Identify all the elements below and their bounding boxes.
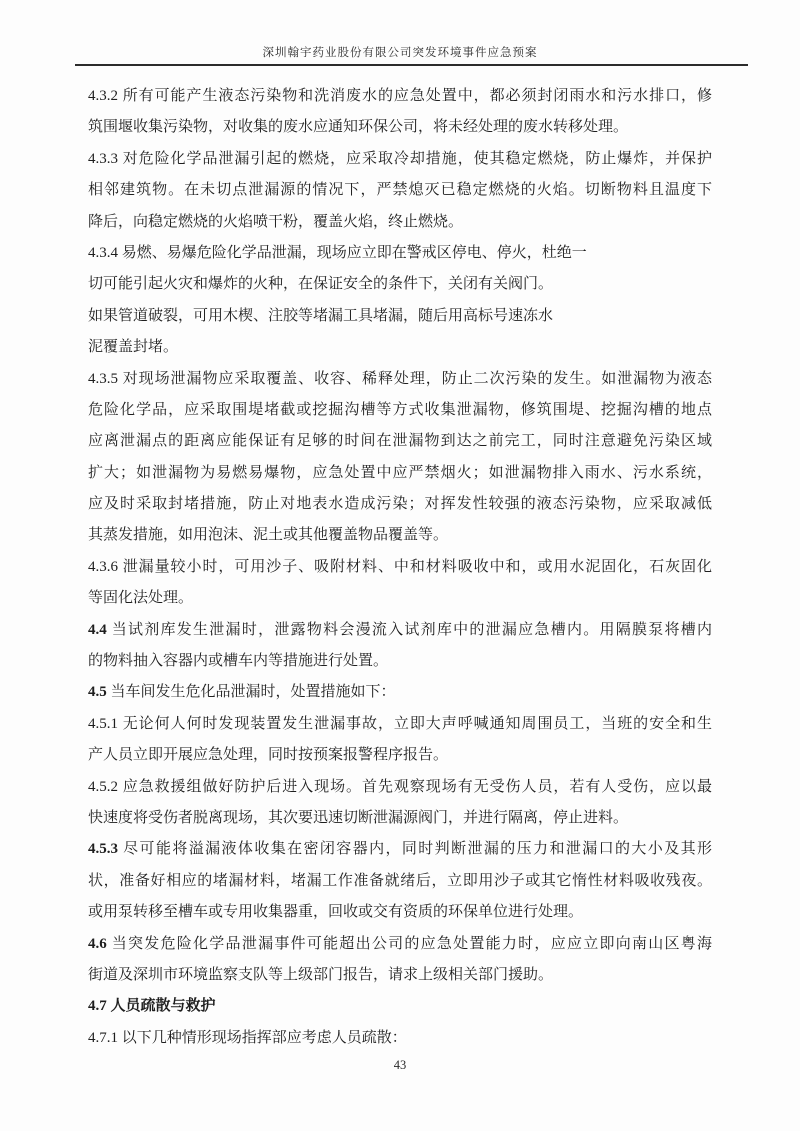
line-text: 或用泵转移至槽车或专用收集器重，回收或交有资质的环保单位进行处理。 <box>88 904 583 920</box>
body-line: 产人员立即开展应急处理，同时按预案报警程序报告。 <box>88 740 712 771</box>
body-line: 如果管道破裂，可用木楔、注胶等堵漏工具堵漏，随后用高标号速冻水 <box>88 301 712 332</box>
line-text: 以下几种情形现场指挥部应考虑人员疏散： <box>122 1030 407 1046</box>
section-number: 4.5 <box>88 684 111 700</box>
body-line: 4.7.1 以下几种情形现场指挥部应考虑人员疏散： <box>88 1023 712 1054</box>
line-text: 降后，向稳定燃烧的火焰喷干粉，覆盖火焰，终止燃烧。 <box>88 214 463 230</box>
line-text: 街道及深圳市环境监察支队等上级部门报告，请求上级相关部门援助。 <box>88 967 553 983</box>
body-line: 4.5.1 无论何人何时发现装置发生泄漏事故，立即大声呼喊通知周围员工，当班的安… <box>88 709 712 740</box>
line-text: 对危险化学品泄漏引起的燃烧，应采取冷却措施，使其稳定燃烧，防止爆炸，并保护 <box>123 151 712 167</box>
page-number: 43 <box>0 1058 800 1073</box>
header-rule <box>75 64 748 66</box>
line-text: 无论何人何时发现装置发生泄漏事故，立即大声呼喊通知周围员工，当班的安全和生 <box>123 716 712 732</box>
body-line: 4.6 当突发危险化学品泄漏事件可能超出公司的应急处置能力时，应应立即向南山区粤… <box>88 929 712 960</box>
body-line: 其蒸发措施，如用泡沫、泥土或其他覆盖物品覆盖等。 <box>88 520 712 551</box>
line-text: 易燃、易爆危险化学品泄漏，现场应立即在警戒区停电、停火，杜绝一 <box>122 245 587 261</box>
body-line: 4.5.3 尽可能将溢漏液体收集在密闭容器内，同时判断泄漏的压力和泄漏口的大小及… <box>88 834 712 865</box>
line-text: 应及时采取封堵措施，防止对地表水造成污染；对挥发性较强的液态污染物，应采取减低 <box>88 496 712 512</box>
body-line: 泥覆盖封堵。 <box>88 332 712 363</box>
body-line: 或用泵转移至槽车或专用收集器重，回收或交有资质的环保单位进行处理。 <box>88 897 712 928</box>
section-number: 4.5.3 <box>88 841 123 857</box>
body-line: 筑围堰收集污染物，对收集的废水应通知环保公司，将未经处理的废水转移处理。 <box>88 112 712 143</box>
body-line: 相邻建筑物。在未切点泄漏源的情况下，严禁熄灭已稳定燃烧的火焰。切断物料且温度下 <box>88 175 712 206</box>
line-text: 筑围堰收集污染物，对收集的废水应通知环保公司，将未经处理的废水转移处理。 <box>88 119 628 135</box>
line-text: 产人员立即开展应急处理，同时按预案报警程序报告。 <box>88 747 448 763</box>
body-line: 4.7 人员疏散与救护 <box>88 991 712 1022</box>
body-line: 街道及深圳市环境监察支队等上级部门报告，请求上级相关部门援助。 <box>88 960 712 991</box>
section-number: 4.3.5 <box>88 371 123 387</box>
body-line: 4.5.2 应急救援组做好防护后进入现场。首先观察现场有无受伤人员，若有人受伤，… <box>88 772 712 803</box>
line-text: 应急救援组做好防护后进入现场。首先观察现场有无受伤人员，若有人受伤，应以最 <box>123 779 712 795</box>
line-text: 其蒸发措施，如用泡沫、泥土或其他覆盖物品覆盖等。 <box>88 527 448 543</box>
section-number: 4.3.2 <box>88 88 123 104</box>
line-text: 扩大；如泄漏物为易燃易爆物，应急处置中应严禁烟火；如泄漏物排入雨水、污水系统， <box>88 465 712 481</box>
line-text: 泥覆盖封堵。 <box>88 339 178 355</box>
line-text: 泄漏量较小时，可用沙子、吸附材料、中和材料吸收中和，或用水泥固化，石灰固化 <box>123 559 712 575</box>
body-line: 4.4 当试剂库发生泄漏时，泄露物料会漫流入试剂库中的泄漏应急槽内。用隔膜泵将槽… <box>88 615 712 646</box>
body-line: 状，准备好相应的堵漏材料，堵漏工作准备就绪后，立即用沙子或其它惰性材料吸收残夜。 <box>88 866 712 897</box>
body-line: 4.3.2 所有可能产生液态污染物和洗消废水的应急处置中，都必须封闭雨水和污水排… <box>88 81 712 112</box>
body-line: 快速度将受伤者脱离现场，其次要迅速切断泄漏源阀门，并进行隔离，停止进料。 <box>88 803 712 834</box>
line-text: 当突发危险化学品泄漏事件可能超出公司的应急处置能力时，应应立即向南山区粤海 <box>112 936 712 952</box>
line-text: 当试剂库发生泄漏时，泄露物料会漫流入试剂库中的泄漏应急槽内。用隔膜泵将槽内 <box>112 622 712 638</box>
line-text: 应离泄漏点的距离应能保证有足够的时间在泄漏物到达之前完工，同时注意避免污染区域 <box>88 433 712 449</box>
line-text: 等固化法处理。 <box>88 590 193 606</box>
line-text: 相邻建筑物。在未切点泄漏源的情况下，严禁熄灭已稳定燃烧的火焰。切断物料且温度下 <box>88 182 712 198</box>
section-number: 4.5.1 <box>88 716 123 732</box>
section-number: 4.7.1 <box>88 1030 122 1046</box>
body-line: 的物料抽入容器内或槽车内等措施进行处置。 <box>88 646 712 677</box>
line-text: 当车间发生危化品泄漏时，处置措施如下： <box>111 684 396 700</box>
section-number: 4.4 <box>88 622 112 638</box>
line-text: 的物料抽入容器内或槽车内等措施进行处置。 <box>88 653 388 669</box>
body-line: 4.3.4 易燃、易爆危险化学品泄漏，现场应立即在警戒区停电、停火，杜绝一 <box>88 238 712 269</box>
body-line: 4.3.5 对现场泄漏物应采取覆盖、收容、稀释处理，防止二次污染的发生。如泄漏物… <box>88 364 712 395</box>
section-number: 4.3.4 <box>88 245 122 261</box>
body-line: 危险化学品，应采取围堤堵截或挖掘沟槽等方式收集泄漏物，修筑围堤、挖掘沟槽的地点 <box>88 395 712 426</box>
line-text: 快速度将受伤者脱离现场，其次要迅速切断泄漏源阀门，并进行隔离，停止进料。 <box>88 810 628 826</box>
section-number: 4.5.2 <box>88 779 123 795</box>
document-body: 4.3.2 所有可能产生液态污染物和洗消废水的应急处置中，都必须封闭雨水和污水排… <box>88 81 712 1054</box>
line-text: 人员疏散与救护 <box>111 998 216 1014</box>
page-header-title: 深圳翰宇药业股份有限公司突发环境事件应急预案 <box>0 44 800 60</box>
section-number: 4.3.6 <box>88 559 123 575</box>
line-text: 危险化学品，应采取围堤堵截或挖掘沟槽等方式收集泄漏物，修筑围堤、挖掘沟槽的地点 <box>88 402 712 418</box>
line-text: 尽可能将溢漏液体收集在密闭容器内，同时判断泄漏的压力和泄漏口的大小及其形 <box>123 841 712 857</box>
line-text: 如果管道破裂，可用木楔、注胶等堵漏工具堵漏，随后用高标号速冻水 <box>88 308 553 324</box>
body-line: 扩大；如泄漏物为易燃易爆物，应急处置中应严禁烟火；如泄漏物排入雨水、污水系统， <box>88 458 712 489</box>
section-number: 4.6 <box>88 936 112 952</box>
body-line: 应离泄漏点的距离应能保证有足够的时间在泄漏物到达之前完工，同时注意避免污染区域 <box>88 426 712 457</box>
line-text: 状，准备好相应的堵漏材料，堵漏工作准备就绪后，立即用沙子或其它惰性材料吸收残夜。 <box>88 873 712 889</box>
line-text: 对现场泄漏物应采取覆盖、收容、稀释处理，防止二次污染的发生。如泄漏物为液态 <box>123 371 712 387</box>
body-line: 切可能引起火灾和爆炸的火种，在保证安全的条件下，关闭有关阀门。 <box>88 269 712 300</box>
section-number: 4.7 <box>88 998 111 1014</box>
body-line: 4.3.6 泄漏量较小时，可用沙子、吸附材料、中和材料吸收中和，或用水泥固化，石… <box>88 552 712 583</box>
document-page: 深圳翰宇药业股份有限公司突发环境事件应急预案 4.3.2 所有可能产生液态污染物… <box>0 0 800 1131</box>
body-line: 4.3.3 对危险化学品泄漏引起的燃烧，应采取冷却措施，使其稳定燃烧，防止爆炸，… <box>88 144 712 175</box>
body-line: 应及时采取封堵措施，防止对地表水造成污染；对挥发性较强的液态污染物，应采取减低 <box>88 489 712 520</box>
section-number: 4.3.3 <box>88 151 123 167</box>
line-text: 切可能引起火灾和爆炸的火种，在保证安全的条件下，关闭有关阀门。 <box>88 276 553 292</box>
body-line: 等固化法处理。 <box>88 583 712 614</box>
body-line: 4.5 当车间发生危化品泄漏时，处置措施如下： <box>88 677 712 708</box>
body-line: 降后，向稳定燃烧的火焰喷干粉，覆盖火焰，终止燃烧。 <box>88 207 712 238</box>
line-text: 所有可能产生液态污染物和洗消废水的应急处置中，都必须封闭雨水和污水排口，修 <box>123 88 712 104</box>
